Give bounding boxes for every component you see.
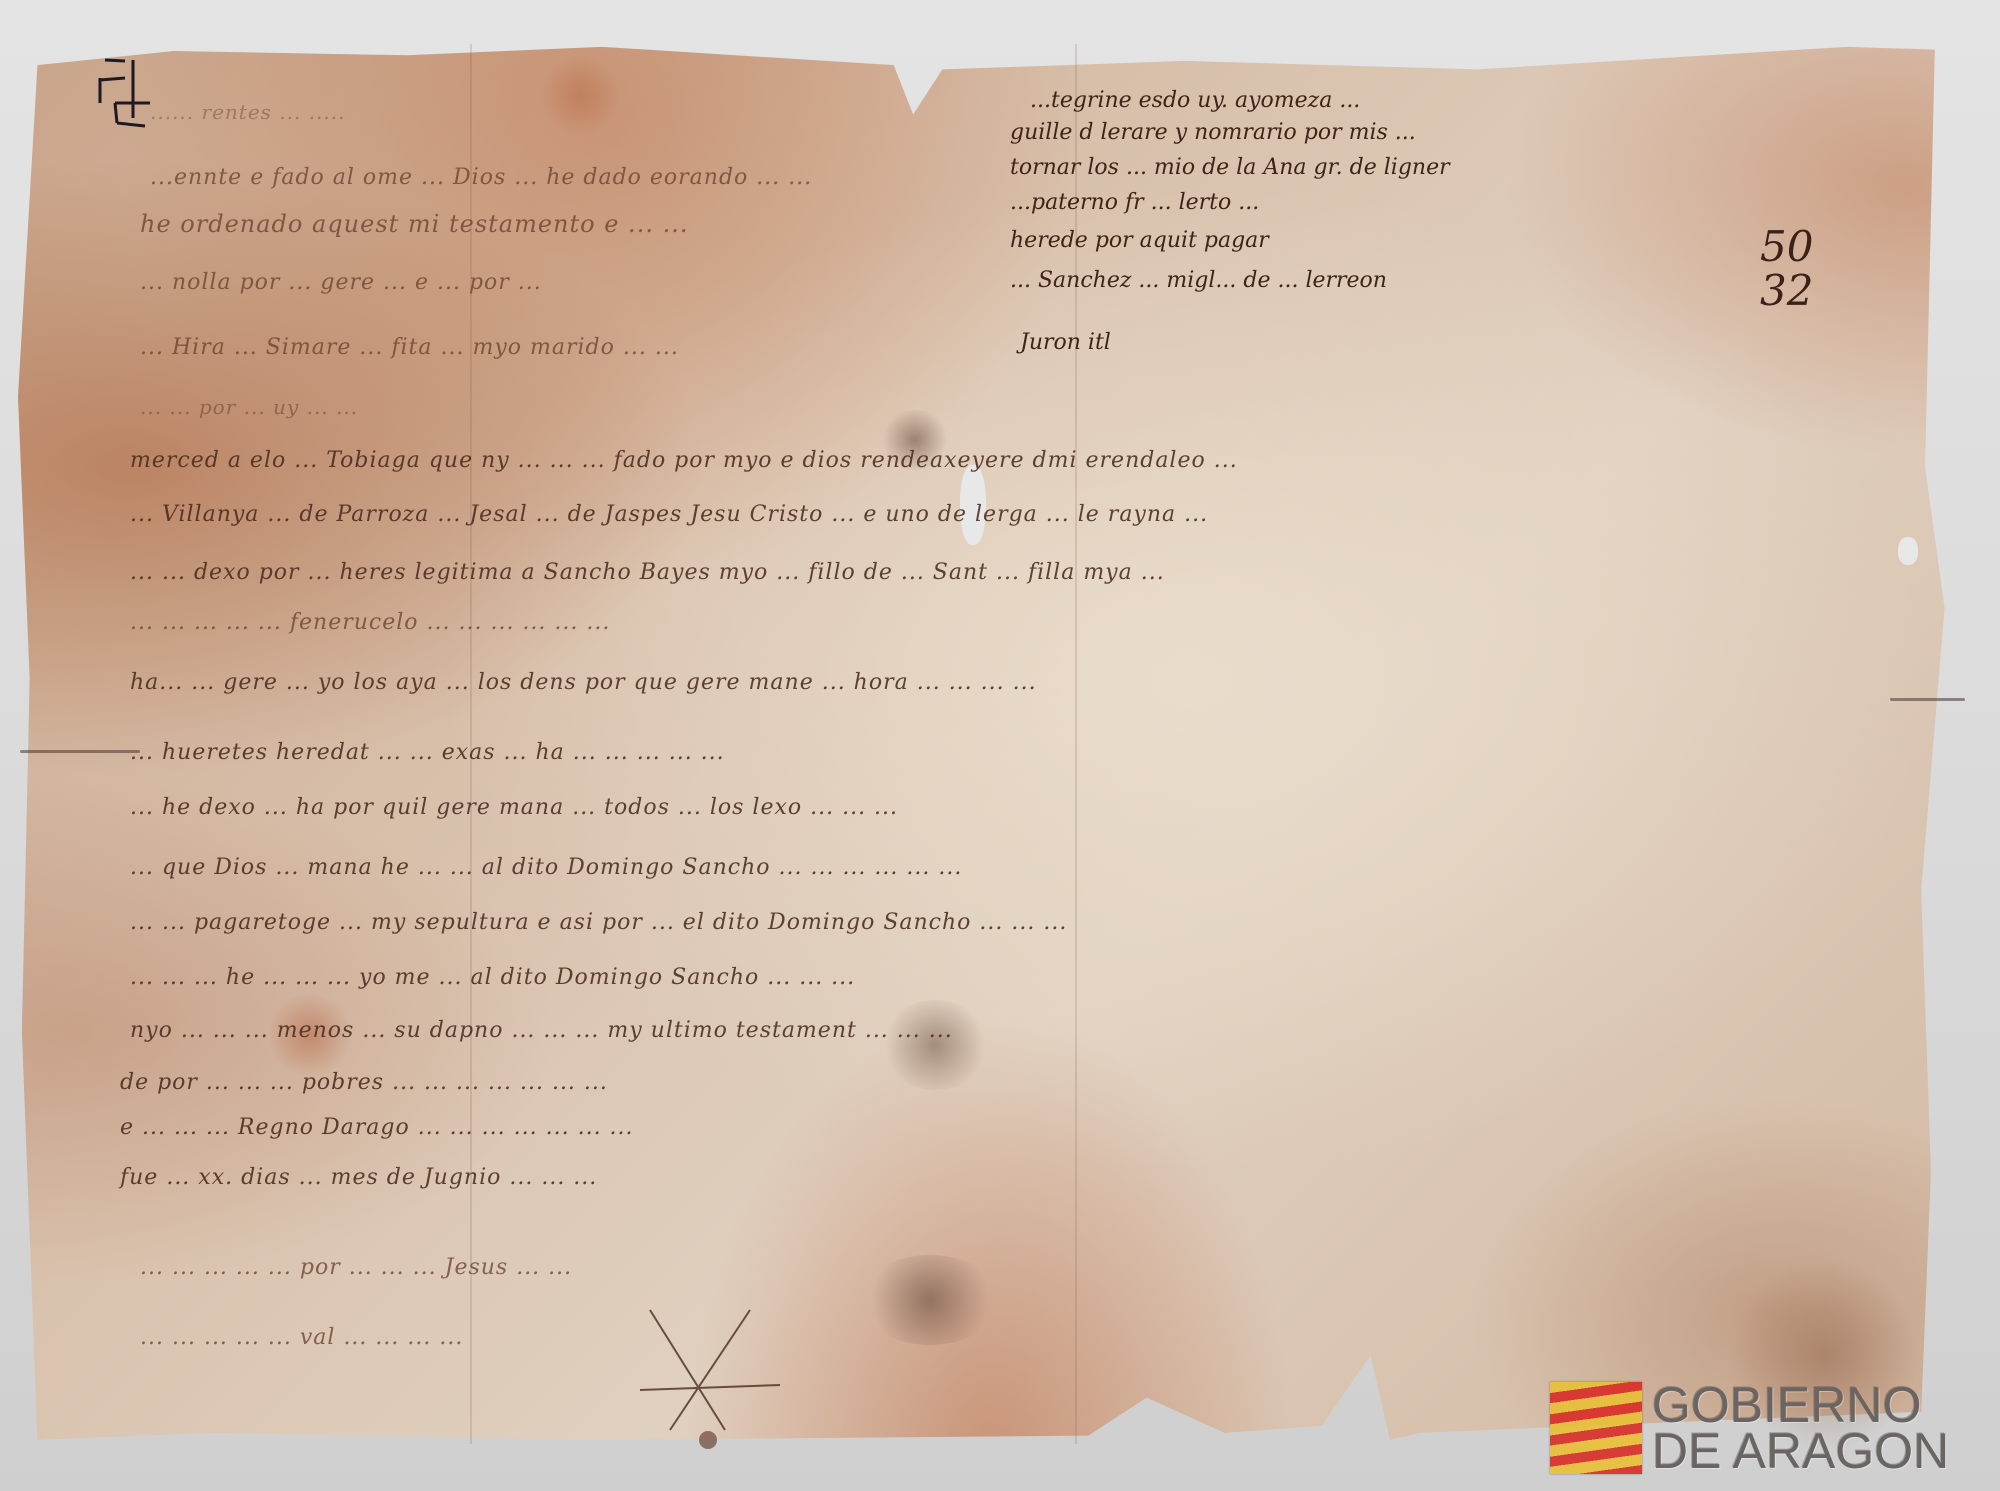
manuscript-line: ...... rentes ... ..... [150,100,346,124]
edge-tear [1890,698,1965,701]
manuscript-line: ha... ... gere ... yo los aya ... los de… [130,670,1037,695]
manuscript-line: nyo ... ... ... menos ... su dapno ... .… [130,1018,953,1043]
logo-line-2: DE ARAGON [1652,1428,1949,1474]
parchment-hole [1898,537,1918,565]
manuscript-line: he ordenado aquest mi testamento e ... .… [140,210,688,238]
gobierno-de-aragon-logo: GOBIERNO DE ARAGON [1550,1378,1990,1478]
manuscript-line: fue ... xx. dias ... mes de Jugnio ... .… [120,1165,597,1190]
manuscript-line: ...ennte e fado al ome ... Dios ... he d… [150,165,812,190]
manuscript-line: de por ... ... ... pobres ... ... ... ..… [120,1070,608,1095]
archive-corner-mark [95,58,157,133]
manuscript-line: ... ... dexo por ... heres legitima a Sa… [130,560,1165,585]
logo-line-1: GOBIERNO [1652,1382,1949,1428]
fold-crease [1075,44,1077,1444]
manuscript-line: ... ... pagaretoge ... my sepultura e as… [130,910,1067,935]
archive-number: 50 32 [1760,225,1813,313]
marginal-note-line: ...paterno fr ... lerto ... [1010,190,1259,215]
manuscript-line: e ... ... ... Regno Darago ... ... ... .… [120,1115,634,1140]
manuscript-line: ... ... ... he ... ... ... yo me ... al … [130,965,855,990]
notarial-sign-icon [630,1290,790,1450]
marginal-note-line: ...tegrine esdo uy. ayomeza ... [1030,88,1360,113]
marginal-note-line: Juron itl [1020,330,1111,355]
logo-text: GOBIERNO DE ARAGON [1652,1382,1949,1474]
manuscript-line: merced a elo ... Tobiaga que ny ... ... … [130,448,1238,473]
manuscript-line: ... hueretes heredat ... ... exas ... ha… [130,740,725,765]
manuscript-line: ... Hira ... Simare ... fita ... myo mar… [140,335,679,360]
manuscript-line: ... he dexo ... ha por quil gere mana ..… [130,795,898,820]
archive-number-line-1: 50 [1760,225,1813,269]
marginal-note-line: guille d lerare y nomrario por mis ... [1010,120,1416,145]
edge-tear [20,750,140,753]
manuscript-line: ... nolla por ... gere ... e ... por ... [140,270,542,295]
marginal-note-line: herede por aquit pagar [1010,228,1269,253]
signature-line: ... ... ... ... ... por ... ... ... Jesu… [140,1255,572,1280]
archive-number-line-2: 32 [1760,269,1813,313]
marginal-note-line: tornar los ... mio de la Ana gr. de lign… [1010,155,1450,180]
manuscript-line: ... ... ... ... ... fenerucelo ... ... .… [130,610,610,635]
stain [880,1000,990,1090]
manuscript-line: ... que Dios ... mana he ... ... al dito… [130,855,962,880]
stain [860,1255,1000,1345]
manuscript-line: ... ... por ... uy ... ... [140,395,358,419]
manuscript-line: ... Villanya ... de Parroza ... Jesal ..… [130,502,1208,527]
stain [540,55,620,135]
aragon-flag-icon [1550,1382,1642,1474]
signature-line: ... ... ... ... ... val ... ... ... ... [140,1325,463,1350]
marginal-note-line: ... Sanchez ... migl... de ... lerreon [1010,268,1387,293]
